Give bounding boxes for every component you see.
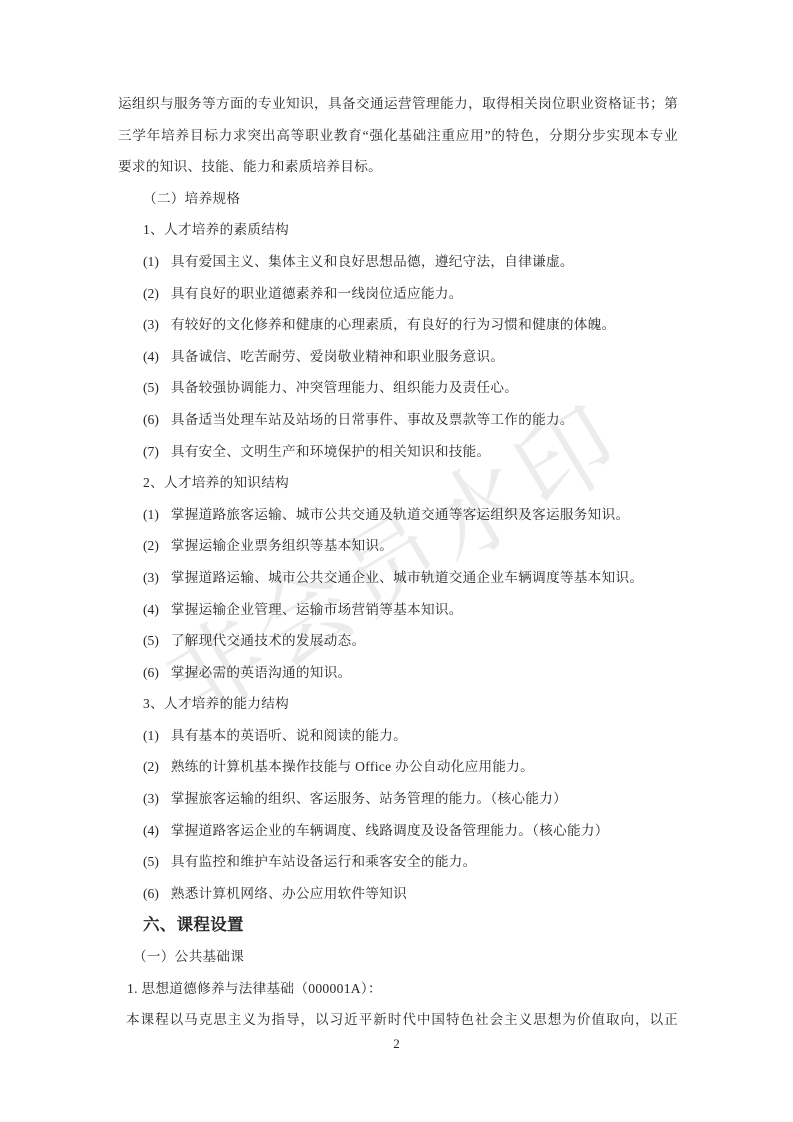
line-text: 掌握道路运输、城市公共交通企业、城市轨道交通企业车辆调度等基本知识。 (171, 570, 643, 585)
list-item: (1)具有爱国主义、集体主义和良好思想品德，遵纪守法，自律谦虚。 (118, 246, 678, 278)
list-item: (3)掌握旅客运输的组织、客运服务、站务管理的能力。（核心能力） (118, 783, 678, 815)
item-marker: (6) (143, 404, 159, 436)
line-text: 掌握道路客运企业的车辆调度、线路调度及设备管理能力。（核心能力） (171, 823, 609, 838)
list-item: (5)了解现代交通技术的发展动态。 (118, 625, 678, 657)
item-marker: (3) (143, 309, 159, 341)
section-sub-heading: （二）培养规格 (118, 183, 678, 215)
line-text: 三学年培养目标力求突出高等职业教育“强化基础注重应用”的特色，分期分步实现本专业 (118, 128, 678, 143)
item-marker: (6) (143, 657, 159, 689)
list-item: (5)具有监控和维护车站设备运行和乘客安全的能力。 (118, 846, 678, 878)
body-paragraph-line: 本课程以马克思主义为指导，以习近平新时代中国特色社会主义思想为价值取向，以正 (118, 1004, 678, 1036)
line-text: 具有基本的英语听、说和阅读的能力。 (171, 728, 407, 743)
section-sub-heading: （一）公共基础课 (118, 941, 678, 973)
item-marker: (4) (143, 594, 159, 626)
line-text: 有较好的文化修养和健康的心理素质，有良好的行为习惯和健康的体魄。 (171, 317, 616, 332)
line-text: 运组织与服务等方面的专业知识，具备交通运营管理能力，取得相关岗位职业资格证书；第 (118, 96, 678, 111)
document-body: 运组织与服务等方面的专业知识，具备交通运营管理能力，取得相关岗位职业资格证书；第… (118, 88, 678, 1036)
line-text: 熟练的计算机基本操作技能与 Office 办公自动化应用能力。 (171, 759, 534, 774)
line-text: 掌握运输企业管理、运输市场营销等基本知识。 (171, 602, 463, 617)
line-text: 六、课程设置 (143, 915, 244, 934)
item-marker: (1) (143, 246, 159, 278)
body-paragraph-line: 要求的知识、技能、能力和素质培养目标。 (118, 151, 678, 183)
item-marker: (2) (143, 751, 159, 783)
course-title: 1. 思想道德修养与法律基础（000001A）： (118, 973, 678, 1005)
item-marker: (5) (143, 372, 159, 404)
item-marker: (5) (143, 846, 159, 878)
line-text: 具有安全、文明生产和环境保护的相关知识和技能。 (171, 444, 491, 459)
section-heading: 六、课程设置 (118, 909, 678, 941)
line-text: 具备适当处理车站及站场的日常事件、事故及票款等工作的能力。 (171, 412, 574, 427)
line-text: 具有监控和维护车站设备运行和乘客安全的能力。 (171, 854, 477, 869)
line-text: （一）公共基础课 (133, 949, 244, 964)
item-marker: (5) (143, 625, 159, 657)
line-text: 具备诚信、吃苦耐劳、爱岗敬业精神和职业服务意识。 (171, 349, 504, 364)
line-text: 具备较强协调能力、冲突管理能力、组织能力及责任心。 (171, 380, 518, 395)
line-text: 要求的知识、技能、能力和素质培养目标。 (118, 159, 382, 174)
list-item: (2)掌握运输企业票务组织等基本知识。 (118, 530, 678, 562)
line-text: 掌握必需的英语沟通的知识。 (171, 665, 352, 680)
list-item: (3)掌握道路运输、城市公共交通企业、城市轨道交通企业车辆调度等基本知识。 (118, 562, 678, 594)
list-item: (4)掌握运输企业管理、运输市场营销等基本知识。 (118, 594, 678, 626)
line-text: 掌握运输企业票务组织等基本知识。 (171, 538, 393, 553)
body-paragraph-line: 运组织与服务等方面的专业知识，具备交通运营管理能力，取得相关岗位职业资格证书；第 (118, 88, 678, 120)
section-sub-heading: 2、人才培养的知识结构 (118, 467, 678, 499)
section-sub-heading: 3、人才培养的能力结构 (118, 688, 678, 720)
line-text: （二）培养规格 (143, 191, 240, 206)
item-marker: (2) (143, 530, 159, 562)
line-text: 1、人才培养的素质结构 (143, 222, 289, 237)
section-sub-heading: 1、人才培养的素质结构 (118, 214, 678, 246)
line-text: 3、人才培养的能力结构 (143, 696, 289, 711)
line-text: 具有良好的职业道德素养和一线岗位适应能力。 (171, 286, 463, 301)
line-text: 具有爱国主义、集体主义和良好思想品德，遵纪守法，自律谦虚。 (171, 254, 574, 269)
line-text: 了解现代交通技术的发展动态。 (171, 633, 366, 648)
body-paragraph-line: 三学年培养目标力求突出高等职业教育“强化基础注重应用”的特色，分期分步实现本专业 (118, 120, 678, 152)
item-marker: (3) (143, 783, 159, 815)
list-item: (4)具备诚信、吃苦耐劳、爱岗敬业精神和职业服务意识。 (118, 341, 678, 373)
item-marker: (1) (143, 499, 159, 531)
list-item: (4)掌握道路客运企业的车辆调度、线路调度及设备管理能力。（核心能力） (118, 815, 678, 847)
list-item: (6)掌握必需的英语沟通的知识。 (118, 657, 678, 689)
line-text: 熟悉计算机网络、办公应用软件等知识 (171, 886, 407, 901)
list-item: (2)熟练的计算机基本操作技能与 Office 办公自动化应用能力。 (118, 751, 678, 783)
item-marker: (6) (143, 878, 159, 910)
item-marker: (2) (143, 278, 159, 310)
item-marker: (4) (143, 341, 159, 373)
page-number: 2 (0, 1036, 793, 1052)
item-marker: (3) (143, 562, 159, 594)
list-item: (6)具备适当处理车站及站场的日常事件、事故及票款等工作的能力。 (118, 404, 678, 436)
line-text: 本课程以马克思主义为指导，以习近平新时代中国特色社会主义思想为价值取向，以正 (126, 1012, 678, 1027)
line-text: 掌握道路旅客运输、城市公共交通及轨道交通等客运组织及客运服务知识。 (171, 507, 630, 522)
list-item: (7)具有安全、文明生产和环境保护的相关知识和技能。 (118, 436, 678, 468)
item-marker: (4) (143, 815, 159, 847)
list-item: (3)有较好的文化修养和健康的心理素质，有良好的行为习惯和健康的体魄。 (118, 309, 678, 341)
item-marker: (7) (143, 436, 159, 468)
list-item: (1)具有基本的英语听、说和阅读的能力。 (118, 720, 678, 752)
list-item: (6)熟悉计算机网络、办公应用软件等知识 (118, 878, 678, 910)
line-text: 掌握旅客运输的组织、客运服务、站务管理的能力。（核心能力） (171, 791, 567, 806)
list-item: (1)掌握道路旅客运输、城市公共交通及轨道交通等客运组织及客运服务知识。 (118, 499, 678, 531)
line-text: 1. 思想道德修养与法律基础（000001A）： (127, 981, 382, 996)
list-item: (2)具有良好的职业道德素养和一线岗位适应能力。 (118, 278, 678, 310)
document-page: 非会员水印 运组织与服务等方面的专业知识，具备交通运营管理能力，取得相关岗位职业… (0, 0, 793, 1122)
item-marker: (1) (143, 720, 159, 752)
list-item: (5)具备较强协调能力、冲突管理能力、组织能力及责任心。 (118, 372, 678, 404)
line-text: 2、人才培养的知识结构 (143, 475, 289, 490)
